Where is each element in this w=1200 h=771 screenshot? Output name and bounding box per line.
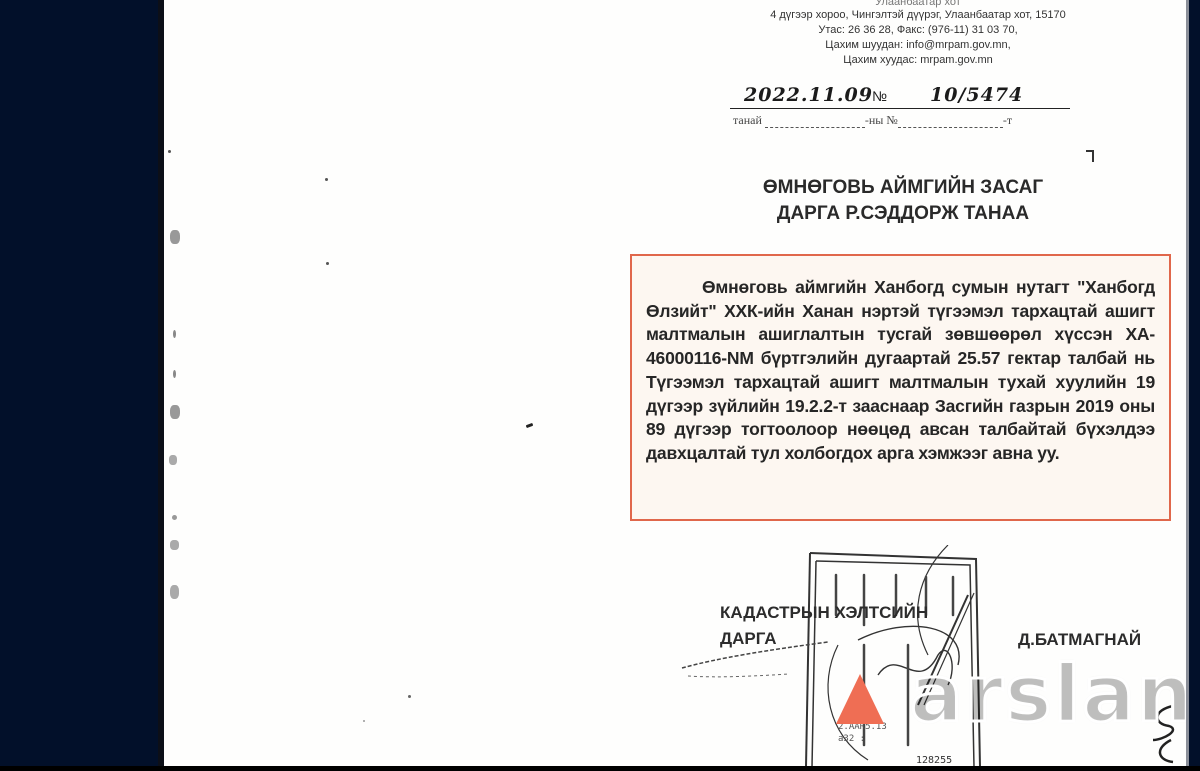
addressee-line-1: ӨМНӨГОВЬ АЙМГИЙН ЗАСАГ: [738, 175, 1068, 201]
document-date: 2022.11.09: [744, 84, 873, 106]
binding-mark: [169, 455, 177, 465]
scan-speck: [363, 720, 365, 722]
letterhead-cut-line: Улаанбаатар хот: [688, 0, 1148, 8]
binding-mark: [170, 405, 180, 419]
highlighted-paragraph: Өмнөговь аймгийн Ханбогд сумын нутагт "Х…: [646, 276, 1155, 466]
corner-bracket-mark: [1086, 150, 1094, 162]
letterhead-website: Цахим хуудас: mrpam.gov.mn: [688, 53, 1148, 68]
reply-suffix: -т: [1003, 113, 1012, 127]
svg-text:a32 :: a32 :: [838, 734, 865, 744]
bottom-border: [0, 766, 1200, 771]
scan-speck: [325, 178, 328, 181]
addressee-line-2: ДАРГА Р.СЭДДОРЖ ТАНАА: [738, 201, 1068, 227]
binding-mark: [170, 230, 180, 244]
binding-mark: [170, 540, 179, 550]
letterhead-phone: Утас: 26 36 28, Факс: (976-11) 31 03 70,: [688, 23, 1148, 38]
letterhead-email: Цахим шуудан: info@mrpam.gov.mn,: [688, 38, 1148, 53]
binding-mark: [173, 330, 176, 338]
letterhead-address: 4 дүгээр хороо, Чингэлтэй дүүрэг, Улаанб…: [688, 8, 1148, 23]
signer-name: Д.БАТМАГНАЙ: [1018, 630, 1141, 650]
binding-mark: [170, 585, 179, 599]
highlighted-paragraph-box: Өмнөговь аймгийн Ханбогд сумын нутагт "Х…: [630, 254, 1171, 521]
signer-title: КАДАСТРЫН ХЭЛТСИЙН ДАРГА: [720, 600, 928, 652]
scan-speck: [168, 150, 171, 153]
reply-date-blank: [765, 127, 865, 128]
reply-reference-line: танай -ны №-т: [733, 113, 1012, 128]
watermark-logo: arslan.mn: [836, 668, 1188, 730]
document-page: Улаанбаатар хот 4 дүгээр хороо, Чингэлтэ…: [158, 0, 1188, 766]
reply-number-blank: [898, 127, 1003, 128]
page-right-edge: [1186, 0, 1189, 766]
scan-speck: [408, 695, 411, 698]
reference-line: 2022.11.09 № 10/5474: [730, 82, 1070, 109]
number-label: №: [872, 88, 887, 104]
signer-title-line-1: КАДАСТРЫН ХЭЛТСИЙН: [720, 600, 928, 626]
reply-mid: -ны №: [865, 113, 898, 127]
watermark-text: arslan.mn: [910, 650, 1188, 740]
signer-title-line-2: ДАРГА: [720, 626, 928, 652]
stamp-number: 128255: [916, 755, 952, 766]
scan-speck: [526, 423, 534, 428]
reply-prefix: танай: [733, 113, 762, 127]
letterhead: Улаанбаатар хот 4 дүгээр хороо, Чингэлтэ…: [688, 0, 1148, 68]
document-number: 10/5474: [930, 84, 1023, 106]
triangle-logo-icon: [836, 674, 884, 724]
binding-mark: [173, 370, 176, 378]
addressee: ӨМНӨГОВЬ АЙМГИЙН ЗАСАГ ДАРГА Р.СЭДДОРЖ Т…: [738, 175, 1068, 227]
scan-speck: [326, 262, 329, 265]
binding-mark: [172, 515, 177, 520]
